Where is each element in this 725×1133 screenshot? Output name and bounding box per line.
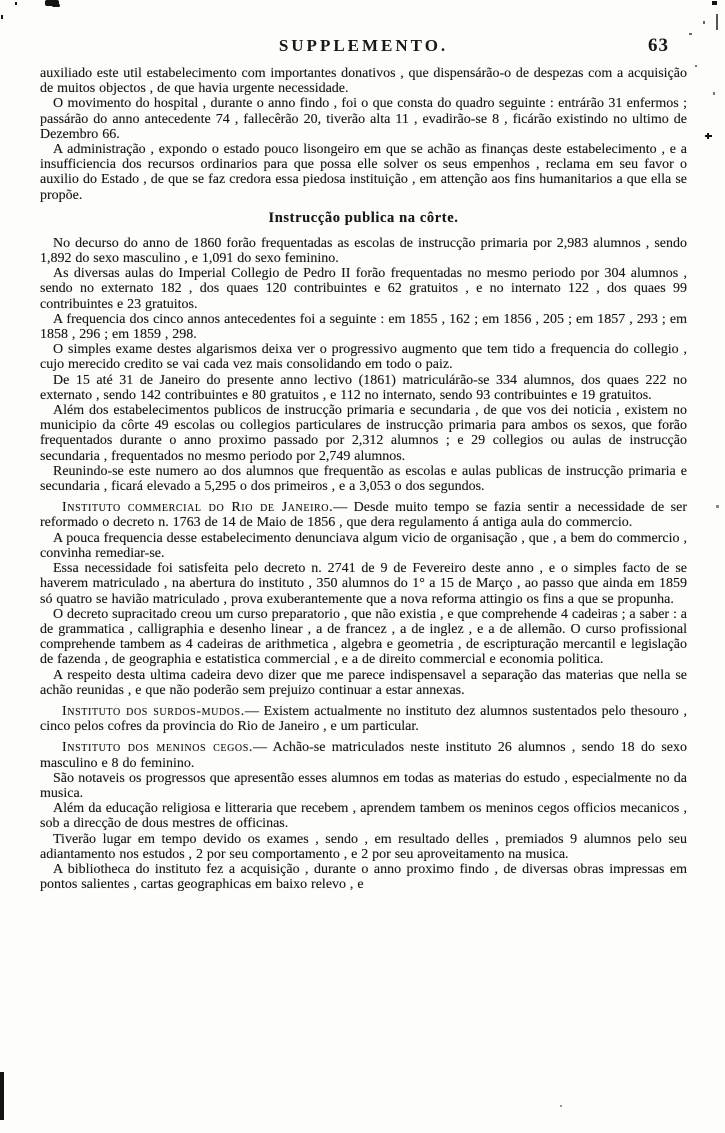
paragraph-instituto-meninos-cegos: Instituto dos meninos cegos.— Achão-se m…	[40, 740, 687, 770]
paragraph: Além dos estabelecimentos publicos de in…	[40, 403, 687, 464]
running-header: SUPPLEMENTO. 63	[40, 36, 687, 62]
scan-speck	[716, 14, 718, 30]
scan-speck	[712, 1, 717, 5]
paragraph-text: No decurso do anno de 1860 forão frequen…	[40, 236, 687, 266]
paragraph: O decreto supracitado creou um curso pre…	[40, 607, 687, 668]
paragraph-text: Reunindo-se este numero ao dos alumnos q…	[40, 464, 687, 494]
paragraph-text: De 15 até 31 de Janeiro do presente anno…	[40, 373, 687, 403]
paragraph: auxiliado este util estabelecimento com …	[40, 66, 687, 96]
paragraph-text: Além da educação religiosa e litteraria …	[40, 801, 687, 831]
scan-speck	[689, 33, 692, 35]
scan-speck	[1, 15, 3, 19]
paragraph-text: A pouca frequencia desse estabelecimento…	[40, 531, 687, 561]
paragraph-text: Tiverão lugar em tempo devido os exames …	[40, 832, 687, 862]
paragraph: O simples exame destes algarismos deixa …	[40, 342, 687, 372]
paragraph: A administração , expondo o estado pouco…	[40, 142, 687, 203]
paragraph: Essa necessidade foi satisfeita pelo dec…	[40, 561, 687, 607]
paragraph: A pouca frequencia desse estabelecimento…	[40, 531, 687, 561]
paragraph-text: As diversas aulas do Imperial Collegio d…	[40, 266, 687, 311]
paragraph: De 15 até 31 de Janeiro do presente anno…	[40, 373, 687, 403]
paragraph-text: A respeito desta ultima cadeira devo diz…	[40, 668, 687, 698]
paragraph-text: O decreto supracitado creou um curso pre…	[40, 607, 687, 668]
scan-speck	[716, 505, 719, 508]
paragraph-text: Essa necessidade foi satisfeita pelo dec…	[40, 561, 687, 606]
scan-speck	[15, 2, 17, 5]
page-title: SUPPLEMENTO.	[40, 36, 687, 56]
paragraph-text: A administração , expondo o estado pouco…	[40, 142, 687, 203]
paragraph-text: São notaveis os progressos que apresentã…	[40, 771, 687, 801]
text-column: SUPPLEMENTO. 63 auxiliado este util esta…	[40, 36, 687, 892]
scan-speck	[695, 65, 697, 67]
page-edge-shadow	[0, 1072, 4, 1120]
paragraph: A bibliotheca do instituto fez a acquisi…	[40, 862, 687, 892]
scan-speck	[707, 133, 709, 139]
paragraph: Tiverão lugar em tempo devido os exames …	[40, 832, 687, 862]
paragraph-instituto-surdos-mudos: Instituto dos surdos-mudos.— Existem act…	[40, 704, 687, 734]
scanned-document-page: SUPPLEMENTO. 63 auxiliado este util esta…	[0, 0, 725, 1133]
paragraph: Reunindo-se este numero ao dos alumnos q…	[40, 464, 687, 494]
paragraph: São notaveis os progressos que apresentã…	[40, 771, 687, 801]
paragraph-text: O movimento do hospital , durante o anno…	[40, 96, 687, 141]
paragraph: A respeito desta ultima cadeira devo diz…	[40, 668, 687, 698]
section-heading: Instrucção publica na côrte.	[40, 210, 687, 227]
scan-speck	[560, 1105, 562, 1107]
paragraph: No decurso do anno de 1860 forão frequen…	[40, 236, 687, 266]
paragraph-lead: Instituto dos meninos cegos.	[62, 740, 253, 755]
paragraph-text: O simples exame destes algarismos deixa …	[40, 342, 687, 372]
paragraph-text: A frequencia dos cinco annos antecedente…	[40, 312, 687, 342]
paragraph-text: A bibliotheca do instituto fez a acquisi…	[40, 862, 687, 892]
scan-speck	[703, 21, 705, 24]
paragraph-lead: Instituto commercial do Rio de Janeiro.	[62, 500, 333, 515]
paragraph-lead: Instituto dos surdos-mudos.	[62, 704, 245, 719]
paragraph: Além da educação religiosa e litteraria …	[40, 801, 687, 831]
scan-speck	[713, 92, 715, 95]
paragraph: O movimento do hospital , durante o anno…	[40, 96, 687, 142]
paragraph-instituto-commercial: Instituto commercial do Rio de Janeiro.—…	[40, 500, 687, 530]
page-number: 63	[648, 35, 669, 57]
ink-blot	[52, 4, 60, 7]
paragraph-text: auxiliado este util estabelecimento com …	[40, 66, 687, 96]
paragraph-text: Além dos estabelecimentos publicos de in…	[40, 403, 687, 464]
paragraph: A frequencia dos cinco annos antecedente…	[40, 312, 687, 342]
paragraph: As diversas aulas do Imperial Collegio d…	[40, 266, 687, 312]
